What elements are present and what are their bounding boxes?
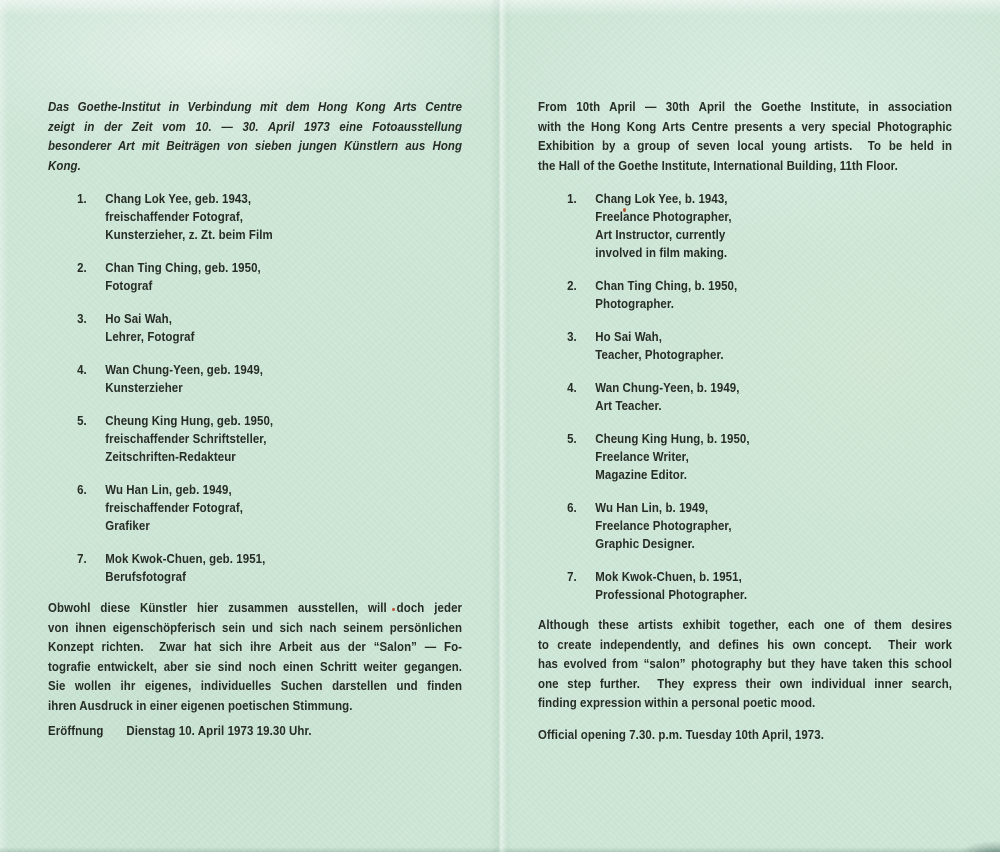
text-line: Wu Han Lin, b. 1949, <box>595 499 731 517</box>
brochure-scan: Das Goethe-Institut in Verbindung mit de… <box>0 0 1000 852</box>
artist-number: 7. <box>77 550 105 586</box>
english-intro-paragraph: From 10th April — 30th April the Goethe … <box>538 97 952 175</box>
text-line: Professional Photographer. <box>595 586 747 604</box>
text-line: Das Goethe-Institut in Verbindung mit de… <box>48 97 462 117</box>
artist-list-item: 1.Chang Lok Yee, b. 1943,Freelance Photo… <box>567 190 981 262</box>
text-line: Although these artists exhibit together,… <box>538 615 952 635</box>
artist-number: 7. <box>567 568 595 604</box>
text-line: Teacher, Photographer. <box>595 346 723 364</box>
artist-details: Cheung King Hung, geb. 1950,freischaffen… <box>105 412 273 466</box>
artist-details: Cheung King Hung, b. 1950,Freelance Writ… <box>595 430 749 484</box>
red-ink-speck <box>392 608 395 611</box>
english-closing-paragraph: Although these artists exhibit together,… <box>538 615 952 713</box>
text-line: involved in film making. <box>595 244 731 262</box>
text-line: freischaffender Fotograf, <box>105 208 273 226</box>
text-line: Kunsterzieher, z. Zt. beim Film <box>105 226 273 244</box>
text-line: Sie wollen ihr eigenes, individuelles Su… <box>48 676 462 696</box>
text-line: Konzept richten. Zwar hat sich ihre Arbe… <box>48 637 462 657</box>
artist-list-item: 1.Chang Lok Yee, geb. 1943,freischaffend… <box>77 190 491 244</box>
text-line: tografie entwickelt, aber sie sind noch … <box>48 657 462 677</box>
left-page-content: Das Goethe-Institut in Verbindung mit de… <box>48 0 462 852</box>
text-line: Wu Han Lin, geb. 1949, <box>105 481 243 499</box>
text-line: has evolved from “salon” photography but… <box>538 654 952 674</box>
text-line: ihren Ausdruck in einer eigenen poetisch… <box>48 696 462 716</box>
opening-label: Eröffnung <box>48 723 104 738</box>
artist-details: Chan Ting Ching, b. 1950,Photographer. <box>595 277 737 313</box>
text-line: Magazine Editor. <box>595 466 749 484</box>
text-line: Chan Ting Ching, b. 1950, <box>595 277 737 295</box>
text-line: zeigt in der Zeit vom 10. — 30. April 19… <box>48 117 462 137</box>
artist-list-item: 5.Cheung King Hung, b. 1950,Freelance Wr… <box>567 430 981 484</box>
artist-details: Mok Kwok-Chuen, b. 1951,Professional Pho… <box>595 568 747 604</box>
text-line: finding expression within a personal poe… <box>538 693 952 713</box>
artist-details: Ho Sai Wah,Teacher, Photographer. <box>595 328 723 364</box>
text-line: Chan Ting Ching, geb. 1950, <box>105 259 261 277</box>
text-line: Kong. <box>48 156 462 176</box>
text-line: Kunsterzieher <box>105 379 263 397</box>
german-artist-list: 1.Chang Lok Yee, geb. 1943,freischaffend… <box>48 190 491 601</box>
artist-details: Wan Chung-Yeen, geb. 1949,Kunsterzieher <box>105 361 263 397</box>
right-page-english: From 10th April — 30th April the Goethe … <box>538 0 952 852</box>
artist-list-item: 2.Chan Ting Ching, b. 1950,Photographer. <box>567 277 981 313</box>
text-line: Graphic Designer. <box>595 535 731 553</box>
text-line: one step further. They express their own… <box>538 674 952 694</box>
artist-details: Chan Ting Ching, geb. 1950,Fotograf <box>105 259 261 295</box>
artist-number: 1. <box>77 190 105 244</box>
artist-list-item: 3.Ho Sai Wah,Teacher, Photographer. <box>567 328 981 364</box>
text-line: Ho Sai Wah, <box>105 310 194 328</box>
artist-number: 5. <box>77 412 105 466</box>
text-line: Berufsfotograf <box>105 568 265 586</box>
artist-details: Chang Lok Yee, b. 1943,Freelance Photogr… <box>595 190 731 262</box>
german-intro-paragraph: Das Goethe-Institut in Verbindung mit de… <box>48 97 462 175</box>
text-line: From 10th April — 30th April the Goethe … <box>538 97 952 117</box>
artist-list-item: 2.Chan Ting Ching, geb. 1950,Fotograf <box>77 259 491 295</box>
artist-list-item: 4.Wan Chung-Yeen, b. 1949,Art Teacher. <box>567 379 981 415</box>
artist-list-item: 5.Cheung King Hung, geb. 1950,freischaff… <box>77 412 491 466</box>
text-line: to create independently, and defines his… <box>538 635 952 655</box>
text-line: Mok Kwok-Chuen, geb. 1951, <box>105 550 265 568</box>
scan-corner-shadow <box>930 826 1000 852</box>
artist-details: Chang Lok Yee, geb. 1943,freischaffender… <box>105 190 273 244</box>
text-line: Wan Chung-Yeen, geb. 1949, <box>105 361 263 379</box>
text-line: Mok Kwok-Chuen, b. 1951, <box>595 568 747 586</box>
text-line: Photographer. <box>595 295 737 313</box>
text-line: Wan Chung-Yeen, b. 1949, <box>595 379 739 397</box>
text-line: Zeitschriften-Redakteur <box>105 448 273 466</box>
artist-number: 5. <box>567 430 595 484</box>
text-line: Cheung King Hung, geb. 1950, <box>105 412 273 430</box>
text-line: Freelance Photographer, <box>595 517 731 535</box>
artist-list-item: 7.Mok Kwok-Chuen, b. 1951,Professional P… <box>567 568 981 604</box>
text-line: Freelance Writer, <box>595 448 749 466</box>
text-line: Freelance Photographer, <box>595 208 731 226</box>
german-closing-paragraph: Obwohl diese Künstler hier zusammen auss… <box>48 598 462 715</box>
text-line: Chang Lok Yee, b. 1943, <box>595 190 731 208</box>
artist-details: Wu Han Lin, geb. 1949,freischaffender Fo… <box>105 481 243 535</box>
artist-number: 3. <box>77 310 105 346</box>
right-page-content: From 10th April — 30th April the Goethe … <box>538 0 952 852</box>
text-line: Obwohl diese Künstler hier zusammen auss… <box>48 598 462 618</box>
english-artist-list: 1.Chang Lok Yee, b. 1943,Freelance Photo… <box>538 190 981 619</box>
artist-number: 6. <box>77 481 105 535</box>
red-ink-speck <box>623 208 626 212</box>
text-line: freischaffender Schriftsteller, <box>105 430 273 448</box>
artist-list-item: 4.Wan Chung-Yeen, geb. 1949,Kunsterziehe… <box>77 361 491 397</box>
artist-details: Wu Han Lin, b. 1949,Freelance Photograph… <box>595 499 731 553</box>
artist-number: 4. <box>567 379 595 415</box>
text-line: Ho Sai Wah, <box>595 328 723 346</box>
artist-details: Ho Sai Wah,Lehrer, Fotograf <box>105 310 194 346</box>
artist-number: 2. <box>567 277 595 313</box>
english-opening-line: Official opening 7.30. p.m. Tuesday 10th… <box>538 727 952 742</box>
artist-number: 3. <box>567 328 595 364</box>
artist-list-item: 6.Wu Han Lin, geb. 1949,freischaffender … <box>77 481 491 535</box>
text-line: Cheung King Hung, b. 1950, <box>595 430 749 448</box>
artist-details: Mok Kwok-Chuen, geb. 1951,Berufsfotograf <box>105 550 265 586</box>
artist-list-item: 6.Wu Han Lin, b. 1949,Freelance Photogra… <box>567 499 981 553</box>
text-line: the Hall of the Goethe Institute, Intern… <box>538 156 952 176</box>
text-line: Fotograf <box>105 277 261 295</box>
artist-list-item: 7.Mok Kwok-Chuen, geb. 1951,Berufsfotogr… <box>77 550 491 586</box>
artist-number: 1. <box>567 190 595 262</box>
text-line: freischaffender Fotograf, <box>105 499 243 517</box>
text-line: Art Instructor, currently <box>595 226 731 244</box>
opening-date: Dienstag 10. April 1973 19.30 Uhr. <box>126 723 311 738</box>
text-line: Chang Lok Yee, geb. 1943, <box>105 190 273 208</box>
artist-number: 2. <box>77 259 105 295</box>
text-line: Art Teacher. <box>595 397 739 415</box>
artist-number: 4. <box>77 361 105 397</box>
artist-number: 6. <box>567 499 595 553</box>
german-opening-line: Eröffnung Dienstag 10. April 1973 19.30 … <box>48 723 462 738</box>
artist-details: Wan Chung-Yeen, b. 1949,Art Teacher. <box>595 379 739 415</box>
text-line: Lehrer, Fotograf <box>105 328 194 346</box>
left-page-german: Das Goethe-Institut in Verbindung mit de… <box>48 0 462 852</box>
text-line: with the Hong Kong Arts Centre presents … <box>538 117 952 137</box>
text-line: besonderer Art mit Beiträgen von sieben … <box>48 136 462 156</box>
text-line: Exhibition by a group of seven local you… <box>538 136 952 156</box>
text-line: von ihnen eigenschöpferisch sein und sic… <box>48 618 462 638</box>
center-fold-crease <box>490 0 512 852</box>
artist-list-item: 3.Ho Sai Wah,Lehrer, Fotograf <box>77 310 491 346</box>
opening-date: Official opening 7.30. p.m. Tuesday 10th… <box>538 727 824 742</box>
text-line: Grafiker <box>105 517 243 535</box>
